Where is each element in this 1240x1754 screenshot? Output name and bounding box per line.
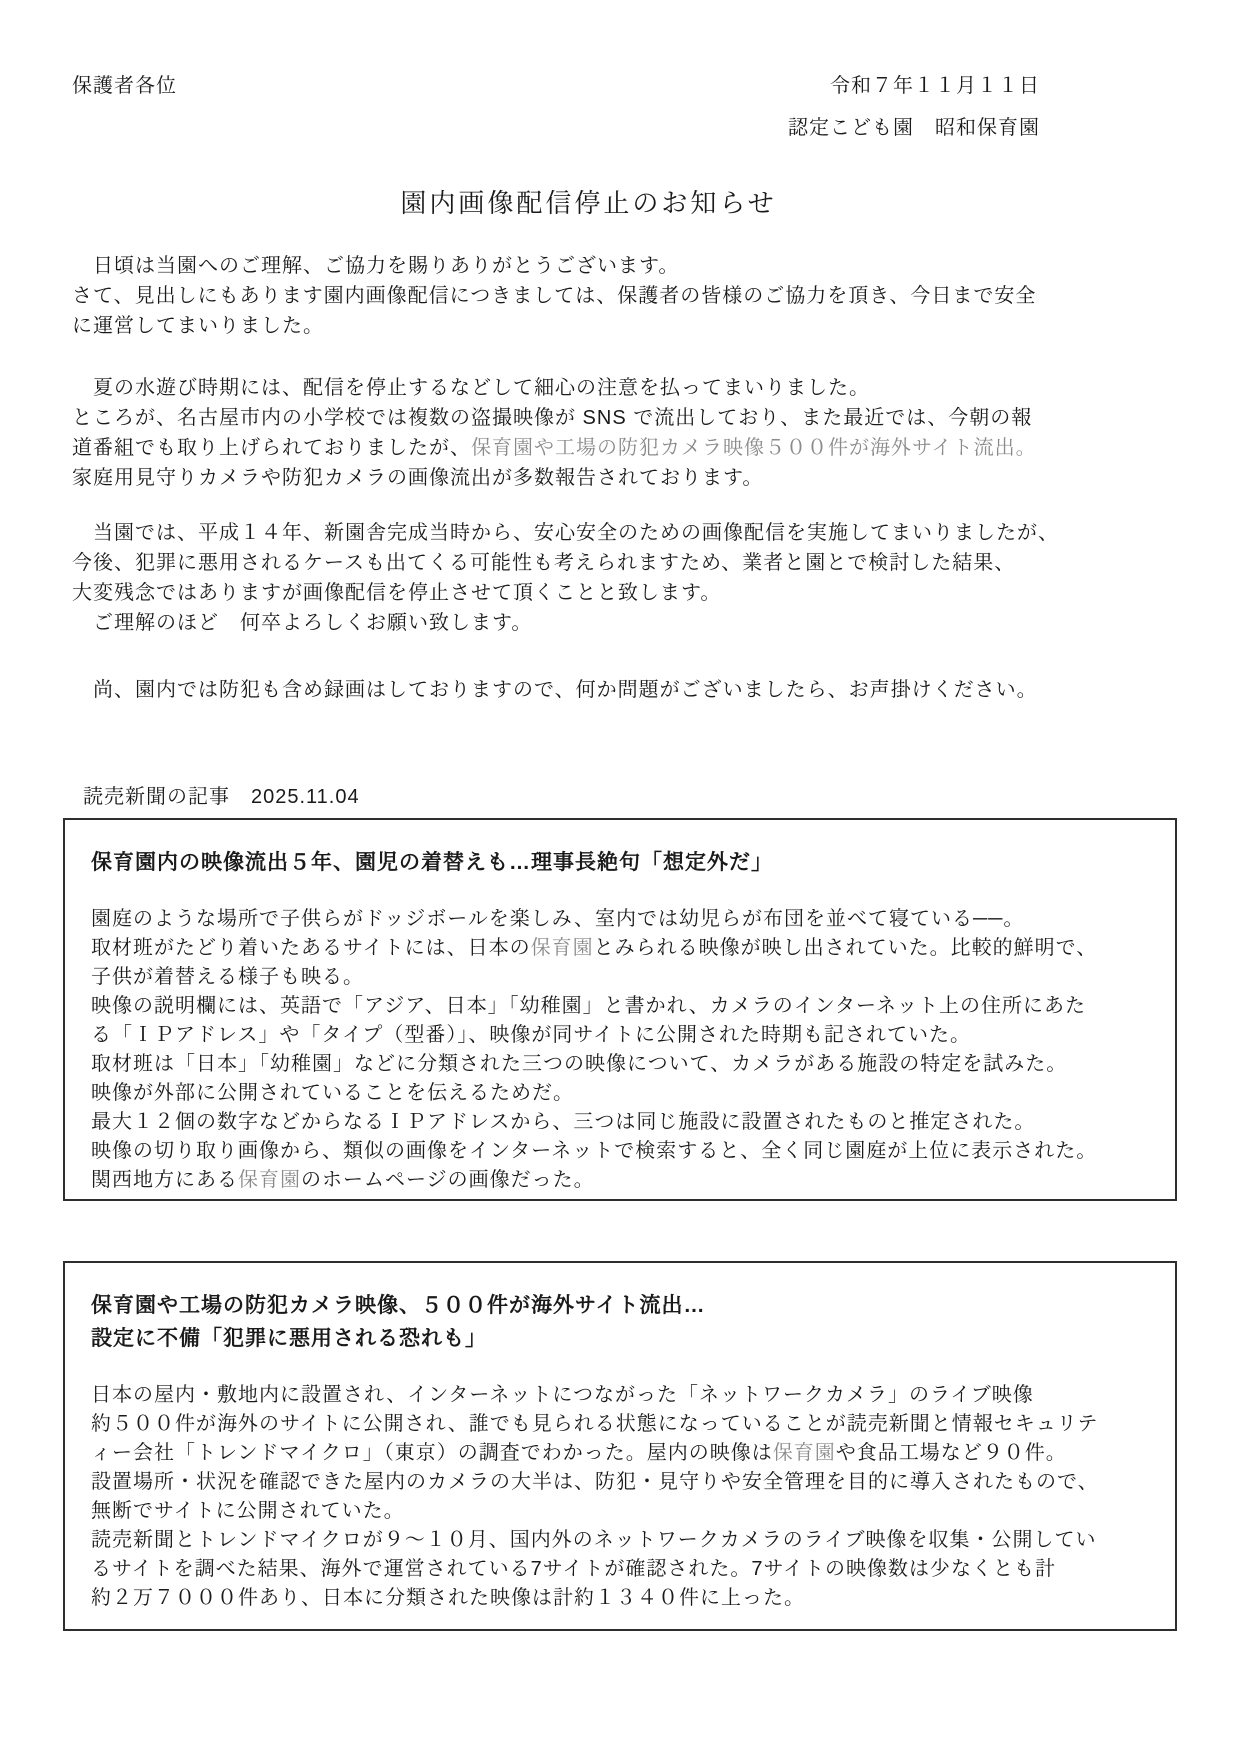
text-segment: 家庭用見守りカメラや防犯カメラの画像流出が多数報告されております。 — [72, 467, 763, 489]
text-segment: 映像が外部に公開されていることを伝えるためだ。 — [91, 1082, 574, 1104]
text-line: 日本の屋内・敷地内に設置され、インターネットにつながった「ネットワークカメラ」の… — [91, 1381, 1157, 1410]
text-segment: 映像の説明欄には、英語で「アジア、日本」「幼稚園」と書かれ、カメラのインターネッ… — [91, 995, 1086, 1017]
text-segment: や食品工場など９０件。 — [836, 1442, 1067, 1464]
text-segment: 大変残念ではありますが画像配信を停止させて頂くことと致します。 — [72, 582, 721, 604]
text-segment: 当園では、平成１４年、新園舎完成当時から、安心安全のための画像配信を実施してまい… — [72, 522, 1059, 544]
text-segment: 約５００件が海外のサイトに公開され、誰でも見られる状態になっていることが読売新聞… — [91, 1413, 1098, 1435]
text-segment: に運営してまいりました。 — [72, 315, 324, 337]
text-segment: 無断でサイトに公開されていた。 — [91, 1500, 405, 1522]
article-source-label: 読売新聞の記事 2025.11.04 — [83, 782, 1240, 812]
page-title: 園内画像配信停止のお知らせ — [72, 186, 1105, 220]
text-line: 最大１２個の数字などからなるＩＰアドレスから、三つは同じ施設に設置されたものと推… — [91, 1108, 1157, 1137]
text-segment: 尚、園内では防犯も含め録画はしておりますので、何か問題がございましたら、お声掛け… — [72, 679, 1038, 701]
text-line: 夏の水遊び時期には、配信を停止するなどして細心の注意を払ってまいりました。 — [72, 373, 1240, 403]
paragraph-background: 夏の水遊び時期には、配信を停止するなどして細心の注意を払ってまいりました。ところ… — [72, 373, 1240, 493]
recipient: 保護者各位 — [72, 74, 177, 98]
text-segment: ご理解のほど 何卒よろしくお願い致します。 — [72, 612, 532, 634]
text-segment: 園庭のような場所で子供らがドッジボールを楽しみ、室内では幼児らが布団を並べて寝て… — [91, 908, 1024, 930]
text-segment: 設置場所・状況を確認できた屋内のカメラの大半は、防犯・見守りや安全管理を目的に導… — [91, 1471, 1099, 1493]
text-line: 約５００件が海外のサイトに公開され、誰でも見られる状態になっていることが読売新聞… — [91, 1410, 1157, 1439]
text-line: 取材班は「日本」「幼稚園」などに分類された三つの映像について、カメラがある施設の… — [91, 1050, 1157, 1079]
text-line: 今後、犯罪に悪用されるケースも出てくる可能性も考えられますため、業者と園とで検討… — [72, 548, 1240, 578]
muted-text-segment: 保育園 — [238, 1169, 301, 1191]
date: 令和７年１１月１１日 — [830, 74, 1040, 98]
article-box-1: 保育園内の映像流出５年、園児の着替えも…理事長絶句「想定外だ」 園庭のような場所… — [63, 818, 1177, 1201]
text-segment: とみられる映像が映し出されていた。比較的鮮明で、 — [594, 937, 1098, 959]
article-1-body: 園庭のような場所で子供らがドッジボールを楽しみ、室内では幼児らが布団を並べて寝て… — [91, 905, 1157, 1195]
text-segment: 読売新聞とトレンドマイクロが９～１０月、国内外のネットワークカメラのライブ映像を… — [91, 1529, 1097, 1551]
text-line: るサイトを調べた結果、海外で運営されている7サイトが確認された。7サイトの映像数… — [91, 1555, 1157, 1584]
text-segment: 子供が着替える様子も映る。 — [91, 966, 364, 988]
text-segment: のホームページの画像だった。 — [301, 1169, 595, 1191]
text-line: 園庭のような場所で子供らがドッジボールを楽しみ、室内では幼児らが布団を並べて寝て… — [91, 905, 1157, 934]
text-segment: 今後、犯罪に悪用されるケースも出てくる可能性も考えられますため、業者と園とで検討… — [72, 552, 1015, 574]
text-line: 保育園内の映像流出５年、園児の着替えも…理事長絶句「想定外だ」 — [91, 846, 1157, 879]
letter-body: 日頃は当園へのご理解、ご協力を賜りありがとうございます。さて、見出しにもあります… — [72, 251, 1240, 705]
text-line: 映像が外部に公開されていることを伝えるためだ。 — [91, 1079, 1157, 1108]
text-line: 約２万７０００件あり、日本に分類された映像は計約１３４０件に上った。 — [91, 1584, 1157, 1613]
text-line: 大変残念ではありますが画像配信を停止させて頂くことと致します。 — [72, 578, 1240, 608]
text-line: さて、見出しにもあります園内画像配信につきましては、保護者の皆様のご協力を頂き、… — [72, 281, 1240, 311]
text-segment: 関西地方にある — [91, 1169, 238, 1191]
text-segment: 道番組でも取り上げられておりましたが、 — [72, 437, 471, 459]
text-line: 子供が着替える様子も映る。 — [91, 963, 1157, 992]
text-line: 設置場所・状況を確認できた屋内のカメラの大半は、防犯・見守りや安全管理を目的に導… — [91, 1468, 1157, 1497]
paragraph-decision: 当園では、平成１４年、新園舎完成当時から、安心安全のための画像配信を実施してまい… — [72, 518, 1240, 638]
text-line: 設定に不備「犯罪に悪用される恐れも」 — [91, 1322, 1157, 1355]
text-segment: 映像の切り取り画像から、類似の画像をインターネットで検索すると、全く同じ園庭が上… — [91, 1140, 1097, 1162]
muted-text-segment: 保育園 — [773, 1442, 836, 1464]
text-line: 映像の説明欄には、英語で「アジア、日本」「幼稚園」と書かれ、カメラのインターネッ… — [91, 992, 1157, 1021]
paragraph-note: 尚、園内では防犯も含め録画はしておりますので、何か問題がございましたら、お声掛け… — [72, 675, 1240, 705]
text-segment: 取材班がたどり着いたあるサイトには、日本の — [91, 937, 531, 959]
text-segment: ところが、名古屋市内の小学校では複数の盗撮映像が SNS で流出しており、また最… — [72, 407, 1032, 429]
letter-header: 保護者各位 令和７年１１月１１日 — [0, 0, 1240, 98]
text-line: 読売新聞とトレンドマイクロが９～１０月、国内外のネットワークカメラのライブ映像を… — [91, 1526, 1157, 1555]
text-segment: 日本の屋内・敷地内に設置され、インターネットにつながった「ネットワークカメラ」の… — [91, 1384, 1034, 1406]
text-line: 無断でサイトに公開されていた。 — [91, 1497, 1157, 1526]
document-page: 保護者各位 令和７年１１月１１日 認定こども園 昭和保育園 園内画像配信停止のお… — [0, 0, 1240, 1754]
text-segment: さて、見出しにもあります園内画像配信につきましては、保護者の皆様のご協力を頂き、… — [72, 285, 1036, 307]
text-line: ご理解のほど 何卒よろしくお願い致します。 — [72, 608, 1240, 638]
article-2-body: 日本の屋内・敷地内に設置され、インターネットにつながった「ネットワークカメラ」の… — [91, 1381, 1157, 1613]
article-1-title: 保育園内の映像流出５年、園児の着替えも…理事長絶句「想定外だ」 — [91, 846, 1157, 879]
text-segment: 日頃は当園へのご理解、ご協力を賜りありがとうございます。 — [72, 255, 679, 277]
muted-text-segment: 保育園 — [531, 937, 594, 959]
text-line: 取材班がたどり着いたあるサイトには、日本の保育園とみられる映像が映し出されていた… — [91, 934, 1157, 963]
text-segment: 約２万７０００件あり、日本に分類された映像は計約１３４０件に上った。 — [91, 1587, 805, 1609]
text-line: 日頃は当園へのご理解、ご協力を賜りありがとうございます。 — [72, 251, 1240, 281]
text-segment: 取材班は「日本」「幼稚園」などに分類された三つの映像について、カメラがある施設の… — [91, 1053, 1067, 1075]
article-box-2: 保育園や工場の防犯カメラ映像、５００件が海外サイト流出…設定に不備「犯罪に悪用さ… — [63, 1261, 1177, 1631]
text-line: 尚、園内では防犯も含め録画はしておりますので、何か問題がございましたら、お声掛け… — [72, 675, 1240, 705]
text-line: 映像の切り取り画像から、類似の画像をインターネットで検索すると、全く同じ園庭が上… — [91, 1137, 1157, 1166]
text-segment: る「ＩＰアドレス」や「タイプ（型番）」、映像が同サイトに公開された時期も記されて… — [91, 1024, 971, 1046]
text-line: 当園では、平成１４年、新園舎完成当時から、安心安全のための画像配信を実施してまい… — [72, 518, 1240, 548]
organization: 認定こども園 昭和保育園 — [0, 116, 1240, 140]
text-segment: 保育園内の映像流出５年、園児の着替えも…理事長絶句「想定外だ」 — [91, 851, 773, 874]
text-line: ィー会社「トレンドマイクロ」（東京）の調査でわかった。屋内の映像は保育園や食品工… — [91, 1439, 1157, 1468]
text-line: ところが、名古屋市内の小学校では複数の盗撮映像が SNS で流出しており、また最… — [72, 403, 1240, 433]
muted-text-segment: 保育園や工場の防犯カメラ映像５００件が海外サイト流出。 — [471, 437, 1037, 459]
paragraph-greeting: 日頃は当園へのご理解、ご協力を賜りありがとうございます。さて、見出しにもあります… — [72, 251, 1240, 341]
text-line: に運営してまいりました。 — [72, 311, 1240, 341]
text-segment: 夏の水遊び時期には、配信を停止するなどして細心の注意を払ってまいりました。 — [72, 377, 870, 399]
text-line: 関西地方にある保育園のホームページの画像だった。 — [91, 1166, 1157, 1195]
text-segment: ィー会社「トレンドマイクロ」（東京）の調査でわかった。屋内の映像は — [91, 1442, 773, 1464]
text-line: る「ＩＰアドレス」や「タイプ（型番）」、映像が同サイトに公開された時期も記されて… — [91, 1021, 1157, 1050]
text-line: 保育園や工場の防犯カメラ映像、５００件が海外サイト流出… — [91, 1289, 1157, 1322]
text-line: 道番組でも取り上げられておりましたが、保育園や工場の防犯カメラ映像５００件が海外… — [72, 433, 1240, 463]
article-2-title: 保育園や工場の防犯カメラ映像、５００件が海外サイト流出…設定に不備「犯罪に悪用さ… — [91, 1289, 1157, 1355]
text-segment: 保育園や工場の防犯カメラ映像、５００件が海外サイト流出… — [91, 1294, 706, 1317]
text-segment: 設定に不備「犯罪に悪用される恐れも」 — [91, 1327, 487, 1350]
text-line: 家庭用見守りカメラや防犯カメラの画像流出が多数報告されております。 — [72, 463, 1240, 493]
text-segment: 最大１２個の数字などからなるＩＰアドレスから、三つは同じ施設に設置されたものと推… — [91, 1111, 1035, 1133]
text-segment: るサイトを調べた結果、海外で運営されている7サイトが確認された。7サイトの映像数… — [91, 1558, 1056, 1580]
